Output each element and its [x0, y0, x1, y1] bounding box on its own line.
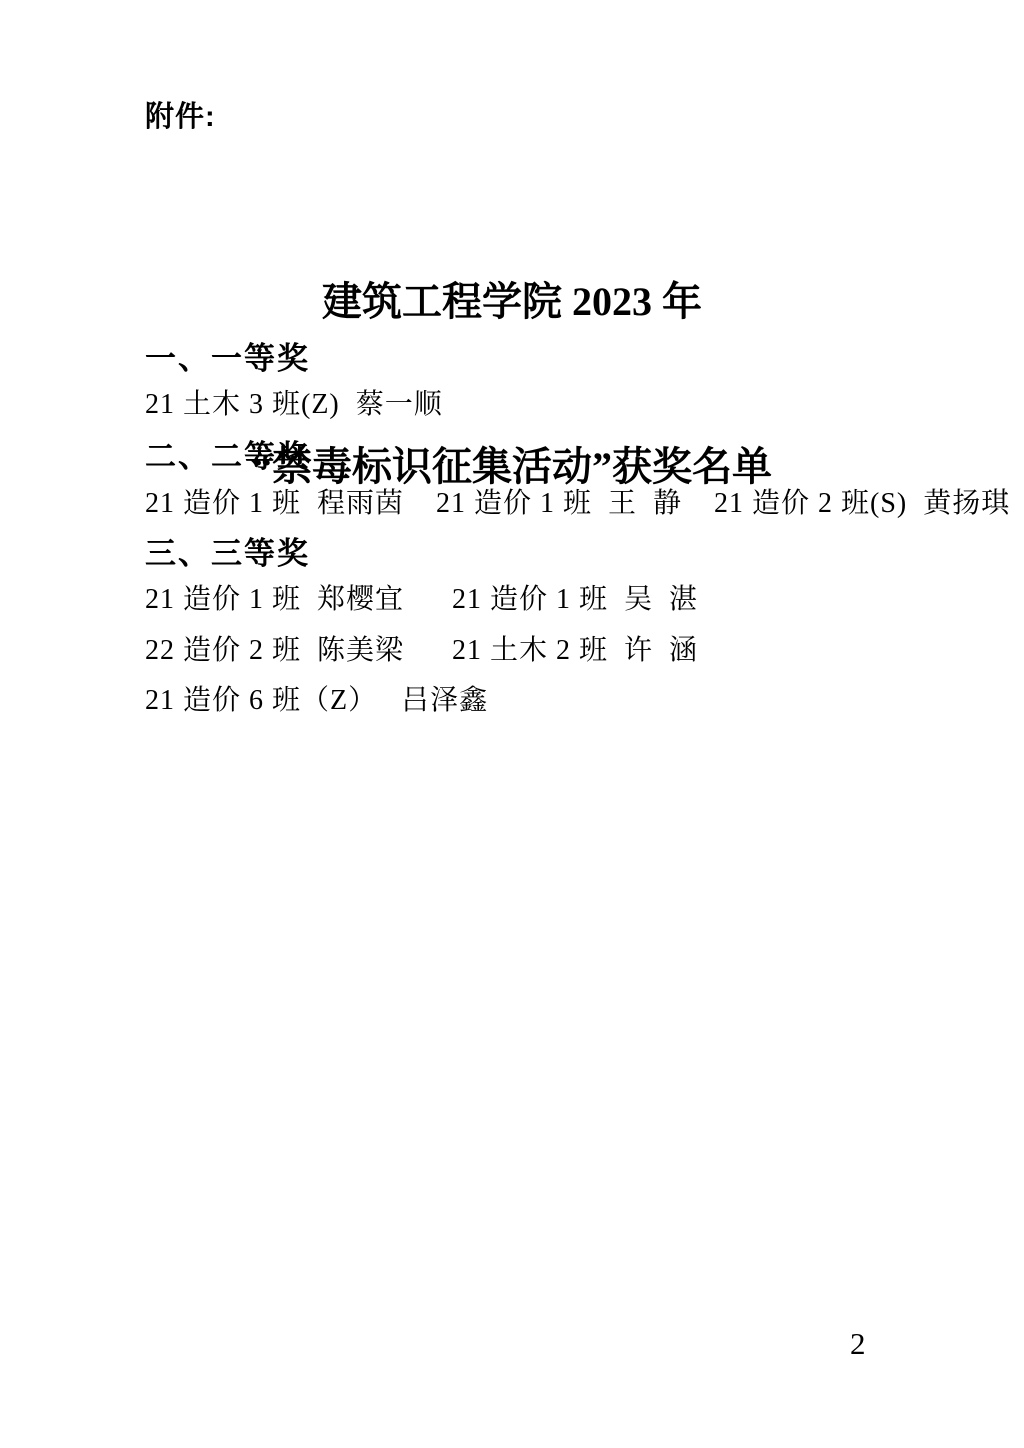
- winner-line-third-prize-2: 22 造价 2 班 陈美梁 21 土木 2 班 许 涵: [145, 628, 698, 668]
- winner-line-first-prize: 21 土木 3 班(Z) 蔡一顺: [145, 382, 443, 422]
- winner-line-second-prize: 21 造价 1 班 程雨茵 21 造价 1 班 王 静 21 造价 2 班(S)…: [145, 481, 1010, 521]
- title-line-1: 建筑工程学院 2023 年: [0, 274, 1024, 329]
- winner-line-third-prize-3: 21 造价 6 班（Z） 吕泽鑫: [145, 678, 488, 718]
- document-page: 附件: 建筑工程学院 2023 年 “禁毒标识征集活动”获奖名单 一、一等奖 2…: [0, 0, 1024, 1448]
- section-heading-first-prize: 一、一等奖: [145, 333, 310, 378]
- attachment-label: 附件:: [145, 94, 216, 135]
- page-number: 2: [850, 1326, 866, 1362]
- section-heading-third-prize: 三、三等奖: [145, 528, 310, 573]
- section-heading-second-prize: 二、二等奖: [145, 431, 310, 476]
- winner-line-third-prize-1: 21 造价 1 班 郑樱宜 21 造价 1 班 吴 湛: [145, 577, 698, 617]
